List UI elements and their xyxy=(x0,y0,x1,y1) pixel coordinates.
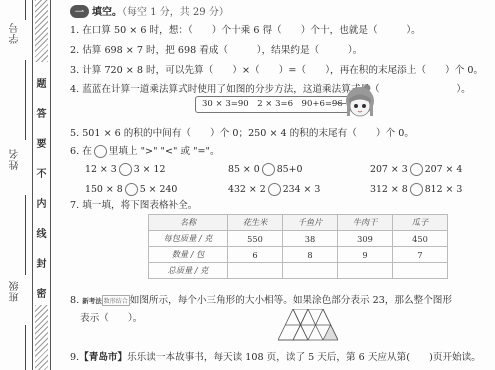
seal-char: 答 xyxy=(35,105,48,120)
compare-item-3: 207 × 3207 × 4 xyxy=(370,163,462,176)
compare-item-6: 312 × 8812 × 3 xyxy=(370,183,462,196)
section-note: （每空 1 分，共 29 分） xyxy=(122,7,229,18)
seal-char: 题 xyxy=(35,75,48,90)
hatch-bottom xyxy=(35,305,48,370)
q8-number: 8. xyxy=(70,295,79,306)
q4-formula-box: 30 × 3=90 2 × 3=6 90+6=96 xyxy=(195,96,350,113)
table-cell: 9 xyxy=(338,247,393,263)
student-id-label: 学号 xyxy=(8,22,23,44)
table-row: 每包质量 / 克 550 38 309 450 xyxy=(149,231,448,247)
compare-item-1: 12 × 33 × 12 xyxy=(85,163,165,176)
compare-right: 234 × 3 xyxy=(283,184,321,195)
table-cell: 38 xyxy=(283,231,338,247)
question-2: 2. 估算 698 × 7 时，把 698 看成（ ），结果约是（ ）。 xyxy=(70,42,362,56)
binding-margin: 学号 姓名 班级 题 答 要 不 内 线 封 密 xyxy=(0,0,52,370)
class-line xyxy=(25,195,26,275)
seal-char: 内 xyxy=(35,195,48,210)
seal-char: 不 xyxy=(35,165,48,180)
table-header: 名称 xyxy=(149,215,228,231)
compare-answer-circle[interactable] xyxy=(119,163,132,176)
compare-item-2: 85 × 085+0 xyxy=(228,163,302,176)
cartoon-girl-icon xyxy=(343,84,377,122)
table-cell: 550 xyxy=(228,231,283,247)
answer-cell[interactable] xyxy=(338,263,393,279)
table-cell: 450 xyxy=(393,231,448,247)
section-heading: 一填空。（每空 1 分，共 29 分） xyxy=(70,3,229,18)
compare-left: 12 × 3 xyxy=(85,164,117,175)
table-row: 数量 / 包 6 8 9 7 xyxy=(149,247,448,263)
question-1: 1. 在口算 50 × 6 时，想：（ ）个十乘 6 得（ ）个十，也就是（ ）… xyxy=(70,22,421,36)
table-cell: 数量 / 包 xyxy=(149,247,228,263)
question-8-line2: 表示（ ）。 xyxy=(80,310,142,324)
section-title: 填空。 xyxy=(92,7,122,18)
q9-text: 乐乐读一本故事书，每天读 108 页，读了 5 天后，第 6 天应从第( )页开… xyxy=(127,352,481,363)
table-header-row: 名称 花生米 千鱼片 牛肉干 瓜子 xyxy=(149,215,448,231)
question-5: 5. 501 × 6 的积的中间有（ ）个 0；250 × 4 的积的末尾有（ … xyxy=(70,125,414,139)
table-header: 瓜子 xyxy=(393,215,448,231)
answer-cell[interactable] xyxy=(228,263,283,279)
question-4: 4. 蓝蓝在计算一道乘法算式时使用了如图的分步方法，这道乘法算式是（ ）。 xyxy=(70,81,471,95)
q8-text: 如图所示，每个小三角形的大小相等。如果涂色部分表示 23，那么整个图形 xyxy=(130,295,452,306)
table-cell: 7 xyxy=(393,247,448,263)
compare-left: 85 × 0 xyxy=(228,164,260,175)
q9-number: 9. xyxy=(70,352,79,363)
compare-answer-circle[interactable] xyxy=(410,163,423,176)
seal-char: 封 xyxy=(35,255,48,270)
triangle-figure xyxy=(278,309,338,341)
compare-left: 432 × 2 xyxy=(228,184,266,195)
table-cell: 每包质量 / 克 xyxy=(149,231,228,247)
question-3: 3. 计算 720 × 8 时，可以先算（ ）×（ ）=（ ），再在积的末尾添上… xyxy=(70,62,483,76)
question-9: 9.【青岛市】乐乐读一本故事书，每天读 108 页，读了 5 天后，第 6 天应… xyxy=(70,349,481,363)
table-cell: 309 xyxy=(338,231,393,247)
q6-prefix: 6. 在 xyxy=(70,146,92,157)
shape-number-tag: 数形结合 xyxy=(102,295,130,306)
compare-right: 812 × 3 xyxy=(425,184,463,195)
new-method-tag: 新考法 xyxy=(82,297,102,305)
seal-line-strip: 题 答 要 不 内 线 封 密 xyxy=(32,0,51,370)
compare-left: 312 × 8 xyxy=(370,184,408,195)
student-id-line xyxy=(25,0,26,20)
compare-right: 5 × 240 xyxy=(140,184,178,195)
compare-left: 150 × 8 xyxy=(85,184,123,195)
compare-item-4: 150 × 85 × 240 xyxy=(85,183,177,196)
name-line xyxy=(25,60,26,140)
name-label: 姓名 xyxy=(8,148,23,170)
compare-answer-circle[interactable] xyxy=(410,183,423,196)
compare-right: 207 × 4 xyxy=(425,164,463,175)
class-label: 班级 xyxy=(8,280,23,302)
seal-char: 要 xyxy=(35,135,48,150)
compare-answer-circle[interactable] xyxy=(125,183,138,196)
compare-right: 85+0 xyxy=(277,164,303,175)
bottom-line xyxy=(25,325,26,370)
q6-suffix: 里填上 ">" "<" 或 "="。 xyxy=(109,146,220,157)
seal-char: 线 xyxy=(35,225,48,240)
compare-left: 207 × 3 xyxy=(370,164,408,175)
region-tag: 【青岛市】 xyxy=(79,352,127,363)
compare-answer-circle[interactable] xyxy=(268,183,281,196)
answer-cell[interactable] xyxy=(393,263,448,279)
answer-cell[interactable] xyxy=(283,263,338,279)
snack-table: 名称 花生米 千鱼片 牛肉干 瓜子 每包质量 / 克 550 38 309 45… xyxy=(148,214,448,279)
compare-answer-circle[interactable] xyxy=(262,163,275,176)
table-header: 牛肉干 xyxy=(338,215,393,231)
table-cell: 8 xyxy=(283,247,338,263)
table-header: 千鱼片 xyxy=(283,215,338,231)
question-8: 8. 新考法数形结合如图所示，每个小三角形的大小相等。如果涂色部分表示 23，那… xyxy=(70,292,452,306)
table-header: 花生米 xyxy=(228,215,283,231)
circle-icon xyxy=(94,145,107,158)
compare-right: 3 × 12 xyxy=(134,164,166,175)
seal-char: 密 xyxy=(35,285,48,300)
table-cell: 总质量 / 克 xyxy=(149,263,228,279)
question-7: 7. 填一填，将下图表格补全。 xyxy=(70,197,197,211)
compare-item-5: 432 × 2234 × 3 xyxy=(228,183,320,196)
section-number: 一 xyxy=(70,5,89,18)
hatch-top xyxy=(35,0,48,62)
table-row: 总质量 / 克 xyxy=(149,263,448,279)
question-6: 6. 在里填上 ">" "<" 或 "="。 xyxy=(70,143,220,158)
table-cell: 6 xyxy=(228,247,283,263)
